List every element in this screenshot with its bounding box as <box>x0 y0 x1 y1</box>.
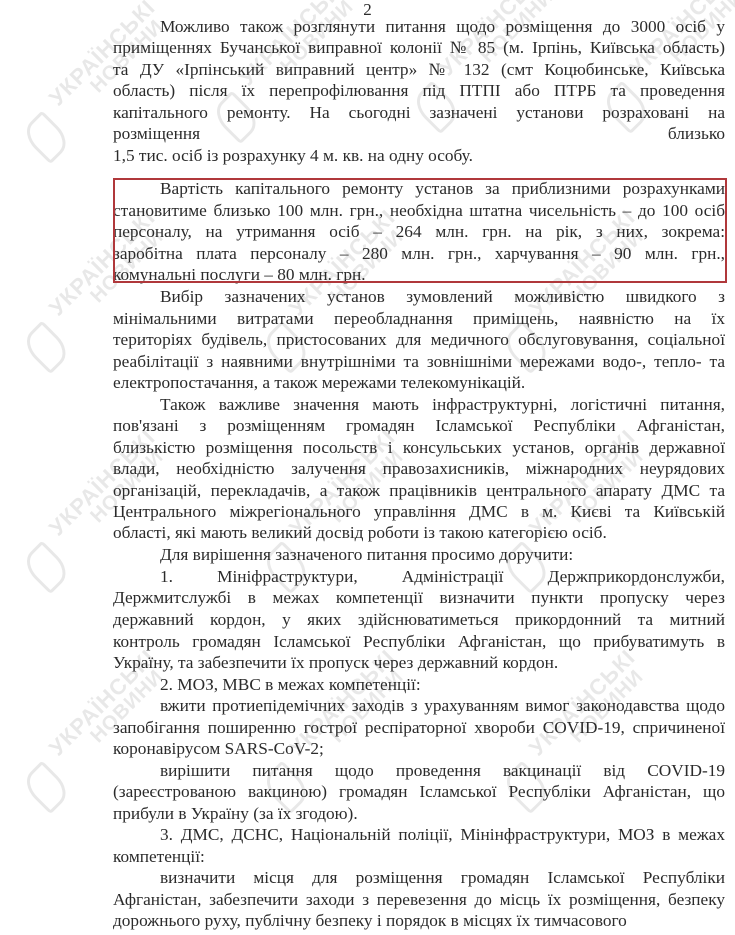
text-line: запобігання поширенню гострої респіратор… <box>113 717 725 738</box>
text-line: компетенції: <box>113 846 725 867</box>
ukrainian-news-logo-icon <box>19 761 73 815</box>
text-line: територіях будівель, пристосованих для м… <box>113 329 725 350</box>
text-line: вжити протиепідемічних заходів з урахува… <box>160 695 725 716</box>
text-line: контроль громадян Ісламської Республіки … <box>113 631 725 652</box>
text-line: приміщеннях Бучанської виправної колонії… <box>113 37 725 58</box>
text-line: дорожнього руху, публічну безпеку і поря… <box>113 910 725 931</box>
text-line: Україну, та забезпечити їх пропуск через… <box>113 652 725 673</box>
text-line: Також важливе значення мають інфраструкт… <box>160 394 725 415</box>
ukrainian-news-logo-icon <box>19 541 73 595</box>
text-line: області, які мають великий досвід роботи… <box>113 522 725 543</box>
text-line: влади, необхідністю залучення правозахис… <box>113 458 725 479</box>
text-line: 2. МОЗ, МВС в межах компетенції: <box>160 674 725 695</box>
text-line: організацій, перекладачів, а також праці… <box>113 480 725 501</box>
text-line: Держмитслужбі в межах компетенції визнач… <box>113 587 725 608</box>
text-line: 1,5 тис. осіб із розрахунку 4 м. кв. на … <box>113 145 725 166</box>
text-line: Можливо також розглянути питання щодо ро… <box>160 16 725 37</box>
text-line: Центрального міжрегіонального управління… <box>113 501 725 522</box>
text-line: (зареєстрованою вакциною) громадян Іслам… <box>113 781 725 802</box>
text-line: та ДУ «Ірпінський виправний центр» № 132… <box>113 59 725 80</box>
text-line: електропостачання, а також мережами теле… <box>113 372 725 393</box>
text-line: 1. Мініфраструктури, Адміністрації Держп… <box>160 566 725 587</box>
text-line: державний кордон, у яких здійснюватиметь… <box>113 609 725 630</box>
text-line: Для вирішення зазначеного питання просим… <box>160 544 725 565</box>
text-line: Вибір зазначених установ зумовлений можл… <box>160 286 725 307</box>
text-line: пов'язані з розміщенням громадян Ісламсь… <box>113 415 725 436</box>
text-line: капітального ремонту. На сьогодні зазнач… <box>113 102 725 123</box>
ukrainian-news-logo-icon <box>19 321 73 375</box>
text-line: 3. ДМС, ДСНС, Національній поліції, Міні… <box>160 824 725 845</box>
text-line: Афганістан, забезпечити заходи з перевез… <box>113 889 725 910</box>
text-line: коронавірусом SARS-CoV-2; <box>113 738 725 759</box>
ukrainian-news-logo-icon <box>19 111 73 165</box>
text-line: область) після їх перепрофілювання під П… <box>113 80 725 101</box>
text-line: реабілітації з наявними внутрішніми та з… <box>113 351 725 372</box>
text-line: прибули в Україну (за їх згодою). <box>113 803 725 824</box>
text-line: розміщення близько <box>113 123 725 144</box>
text-line: мінімальними витратами переобладнання пр… <box>113 308 725 329</box>
highlight-box <box>113 178 727 283</box>
text-line: вирішити питання щодо проведення вакцина… <box>160 760 725 781</box>
text-line: визначити місця для розміщення громадян … <box>160 867 725 888</box>
document-page: УКРАЇНСЬКІ НОВИНИ УКРАЇНСЬКІ НОВИНИ УКРА… <box>0 0 735 935</box>
text-line: близькістю розміщення посольств і консул… <box>113 437 725 458</box>
